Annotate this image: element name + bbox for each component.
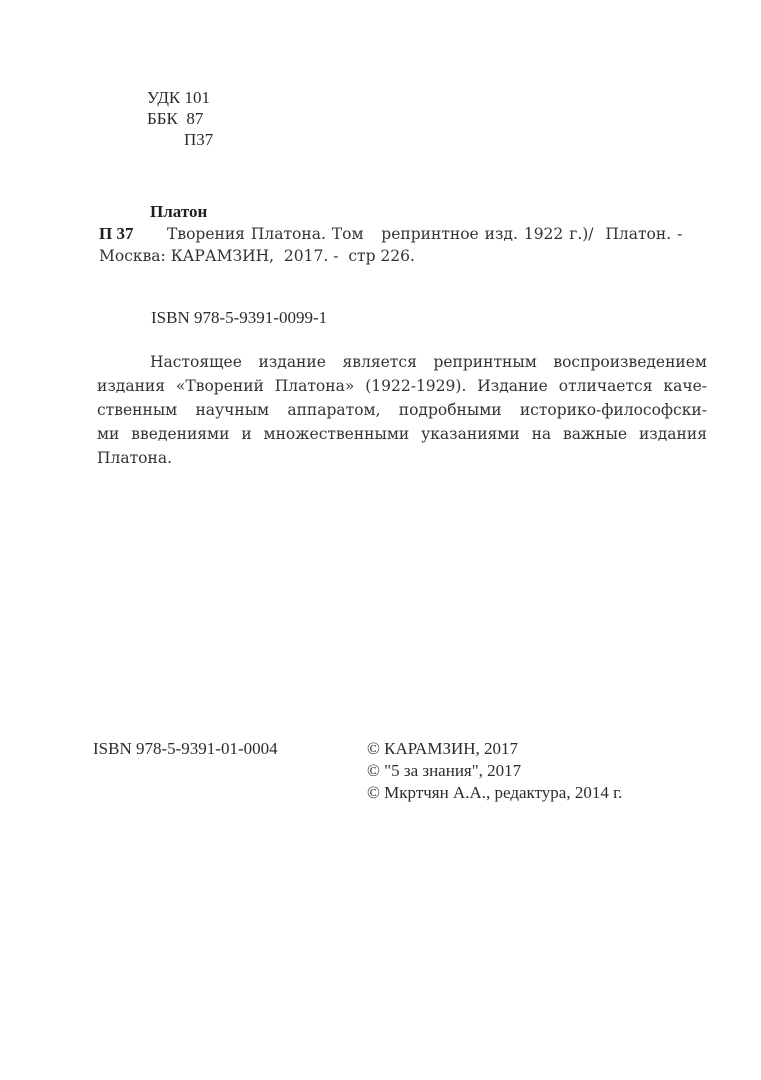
author-mark: П37 (184, 130, 213, 150)
isbn-top: ISBN 978-5-9391-0099-1 (151, 308, 327, 328)
author-name: Платон (150, 202, 207, 222)
abstract-line: издания «Творений Платона» (1922-1929). … (97, 374, 707, 398)
bbk-code: ББК 87 (147, 109, 203, 129)
udk-code: УДК 101 (147, 88, 210, 108)
abstract: Настоящее издание является репринтным во… (97, 350, 707, 470)
entry-imprint: Москва: КАРАМЗИН, 2017. - стр 226. (99, 246, 415, 266)
abstract-line: ственным научным аппаратом, подробными и… (97, 398, 707, 422)
copyright-line: © Мкртчян А.А., редактура, 2014 г. (367, 783, 622, 803)
isbn-footer: ISBN 978-5-9391-01-0004 (93, 739, 278, 759)
entry-title: Творения Платона. Том репринтное изд. 19… (167, 224, 682, 244)
copyright-line: © "5 за знания", 2017 (367, 761, 521, 781)
abstract-line: Платона. (97, 446, 707, 470)
copyright-page: УДК 101 ББК 87 П37 Платон П 37 Творения … (0, 0, 761, 1080)
copyright-line: © КАРАМЗИН, 2017 (367, 739, 518, 759)
abstract-line: Настоящее издание является репринтным во… (97, 350, 707, 374)
abstract-line: ми введениями и множественными указаниям… (97, 422, 707, 446)
entry-mark: П 37 (99, 224, 133, 244)
